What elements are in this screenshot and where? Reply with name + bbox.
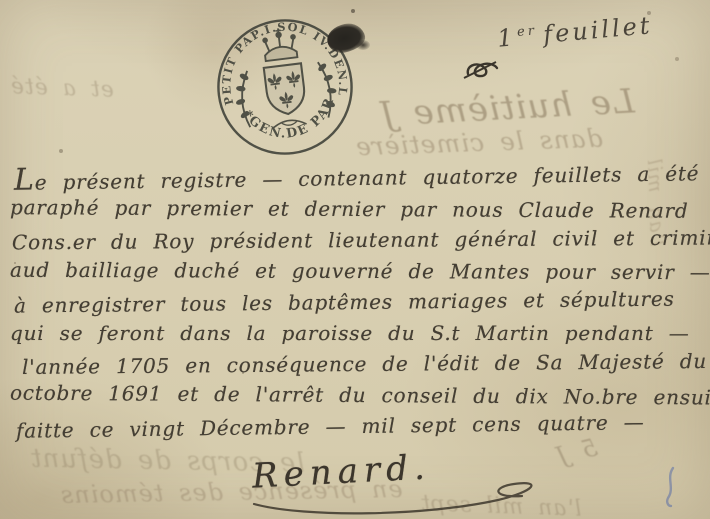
verso-bleedthrough-line: et a été [10,74,115,103]
manuscript-page: Le huitième J dans le cimetière et a été… [0,0,710,519]
manuscript-line: à enregistrer tous les baptêmes mariages… [14,283,702,321]
folio-note: 1erfeuillet [496,11,653,52]
ink-blot-small [356,40,370,50]
manuscript-body: Le présent registre — contenant quatorze… [8,160,702,442]
paraph-flourish-icon [462,54,504,84]
fleur-de-lis-shield-icon [264,63,307,116]
ink-specks [0,0,2,2]
manuscript-line: Cons.er du Roy président lieutenant géné… [12,223,702,259]
manuscript-line: qui se feront dans la paroisse du S.t Ma… [10,318,702,349]
signature-flourish-icon [246,470,556,519]
manuscript-line: paraphé par premier et dernier par nous … [10,192,702,227]
blue-ink-mark [662,466,678,508]
folio-word: feuillet [542,11,653,48]
manuscript-line: aud bailliage duché et gouverné de Mante… [10,255,702,288]
folio-number: 1 [496,23,517,52]
folio-ordinal: er [516,23,537,40]
manuscript-line: faitte ce vingt Décembre — mil sept cens… [16,406,702,447]
